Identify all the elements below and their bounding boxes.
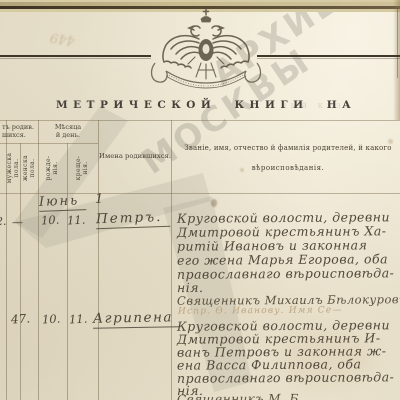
row2-born-day: 10. — [42, 312, 61, 327]
row1-male-no: 2. — [0, 215, 7, 228]
row1-baptized-day: 11. — [67, 213, 86, 228]
row1-name: Петръ. — [96, 209, 170, 230]
header-col-male: мужеска пола. — [6, 153, 20, 184]
header-rule-right — [257, 55, 400, 57]
table-vline — [67, 143, 68, 400]
scanned-metrical-book-page: АРХИВ МОСКВЫ — [0, 0, 400, 400]
table-vline — [38, 120, 39, 400]
header-rule-left — [0, 55, 151, 57]
header-names-col: Имена родившихся. — [99, 152, 171, 160]
row2-entry-no: 47. — [11, 311, 31, 326]
row2-baptized-day: 11. — [69, 312, 88, 327]
row1-details-line: православнаго вѣроисповѣда- — [177, 265, 394, 282]
table-vline — [98, 120, 99, 400]
page-right-edge-line — [397, 8, 398, 78]
header-parents-line2: вѣроисповѣданія. — [176, 164, 400, 172]
row1-born-day: 10. — [41, 213, 60, 228]
table-line-top — [0, 120, 400, 121]
page-title: МЕТРИЧЕСКОЙ КНИГИ НА — [56, 99, 356, 111]
row1-pencil-note: Испр. Ѳ. Иванову. Имя Се— — [178, 305, 343, 316]
header-count-group: тъ родив. шихся. — [0, 123, 40, 139]
header-col-baptized: креще- нія. — [75, 156, 89, 181]
header-col-female: женска пола. — [22, 155, 36, 181]
row2-clergy-line: Священникъ М. Б — [177, 392, 299, 400]
table-line-subheader — [0, 143, 98, 144]
header-rule-echo — [257, 58, 400, 59]
row2-name: Агрипена — [93, 309, 180, 329]
row2-details-line: православнаго вѣроисповѣда- — [177, 369, 394, 386]
table-vline — [20, 143, 21, 400]
header-date-group: Мѣсяца й день. — [44, 123, 92, 139]
row1-female-no: — — [12, 216, 23, 229]
month-cell: Іюнь — [39, 193, 87, 212]
header-col-born: рожде- нія. — [45, 156, 59, 181]
paper-stain — [211, 199, 217, 207]
day-cell: 1 — [95, 192, 103, 207]
header-rule-echo — [0, 58, 151, 59]
imperial-eagle-icon — [147, 7, 265, 93]
header-parents-line1: Званіе, имя, отчество й фамилія родителе… — [176, 144, 400, 152]
table-vline — [171, 120, 172, 400]
